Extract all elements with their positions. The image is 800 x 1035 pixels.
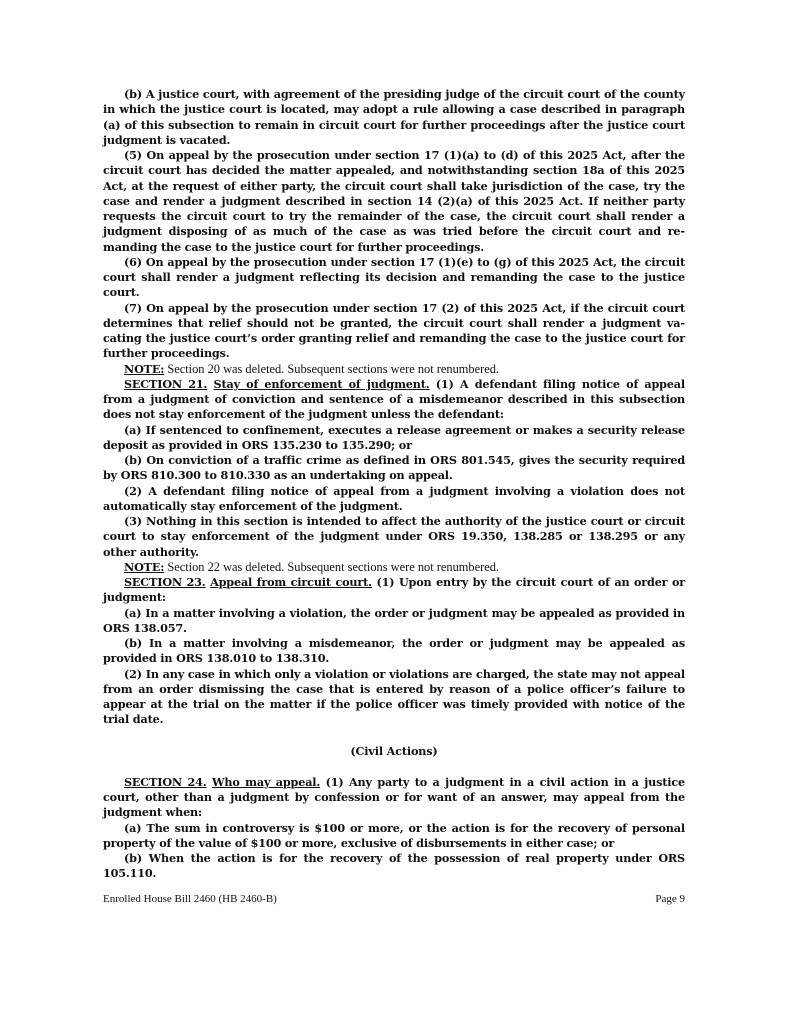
subheading-civil-actions: (Civil Actions): [103, 744, 685, 759]
note-section-22: NOTE: Section 22 was deleted. Subsequent…: [103, 560, 685, 575]
section-title: Stay of enforcement of judgment.: [214, 377, 430, 391]
section-title: Who may appeal.: [212, 775, 320, 789]
section-title: Appeal from circuit court.: [210, 575, 372, 589]
footer-bill-name: Enrolled House Bill 2460 (HB 2460-B): [103, 893, 277, 905]
section-23-item-b: (b) In a matter involving a misdemeanor,…: [103, 636, 685, 667]
paragraph-4b: (b) A justice court, with agreement of t…: [103, 87, 685, 148]
note-section-20: NOTE: Section 20 was deleted. Subsequent…: [103, 362, 685, 377]
section-24-intro: SECTION 24. Who may appeal. (1) Any part…: [103, 775, 685, 821]
document-page: (b) A justice court, with agreement of t…: [103, 87, 685, 882]
note-label: NOTE:: [124, 560, 164, 574]
section-23-item-2: (2) In any case in which only a violatio…: [103, 667, 685, 728]
paragraph-7: (7) On appeal by the prosecution under s…: [103, 301, 685, 362]
section-21-item-b: (b) On conviction of a traffic crime as …: [103, 453, 685, 484]
paragraph-5: (5) On appeal by the prosecution under s…: [103, 148, 685, 255]
section-number: SECTION 23.: [124, 575, 206, 589]
section-24-item-b: (b) When the action is for the recovery …: [103, 851, 685, 882]
section-number: SECTION 24.: [124, 775, 206, 789]
note-text: Section 20 was deleted. Subsequent secti…: [164, 362, 499, 376]
section-21-intro: SECTION 21. Stay of enforcement of judgm…: [103, 377, 685, 423]
section-21-item-a: (a) If sentenced to confinement, execute…: [103, 423, 685, 454]
section-23-item-a: (a) In a matter involving a violation, t…: [103, 606, 685, 637]
section-24-item-a: (a) The sum in controversy is $100 or mo…: [103, 821, 685, 852]
page-footer: Enrolled House Bill 2460 (HB 2460-B) Pag…: [103, 893, 685, 905]
note-label: NOTE:: [124, 362, 164, 376]
section-21-item-2: (2) A defendant filing notice of appeal …: [103, 484, 685, 515]
section-23-intro: SECTION 23. Appeal from circuit court. (…: [103, 575, 685, 606]
footer-page-number: Page 9: [655, 893, 685, 905]
note-text: Section 22 was deleted. Subsequent secti…: [164, 560, 499, 574]
paragraph-6: (6) On appeal by the prosecution under s…: [103, 255, 685, 301]
section-number: SECTION 21.: [124, 377, 207, 391]
section-21-item-3: (3) Nothing in this section is intended …: [103, 514, 685, 560]
